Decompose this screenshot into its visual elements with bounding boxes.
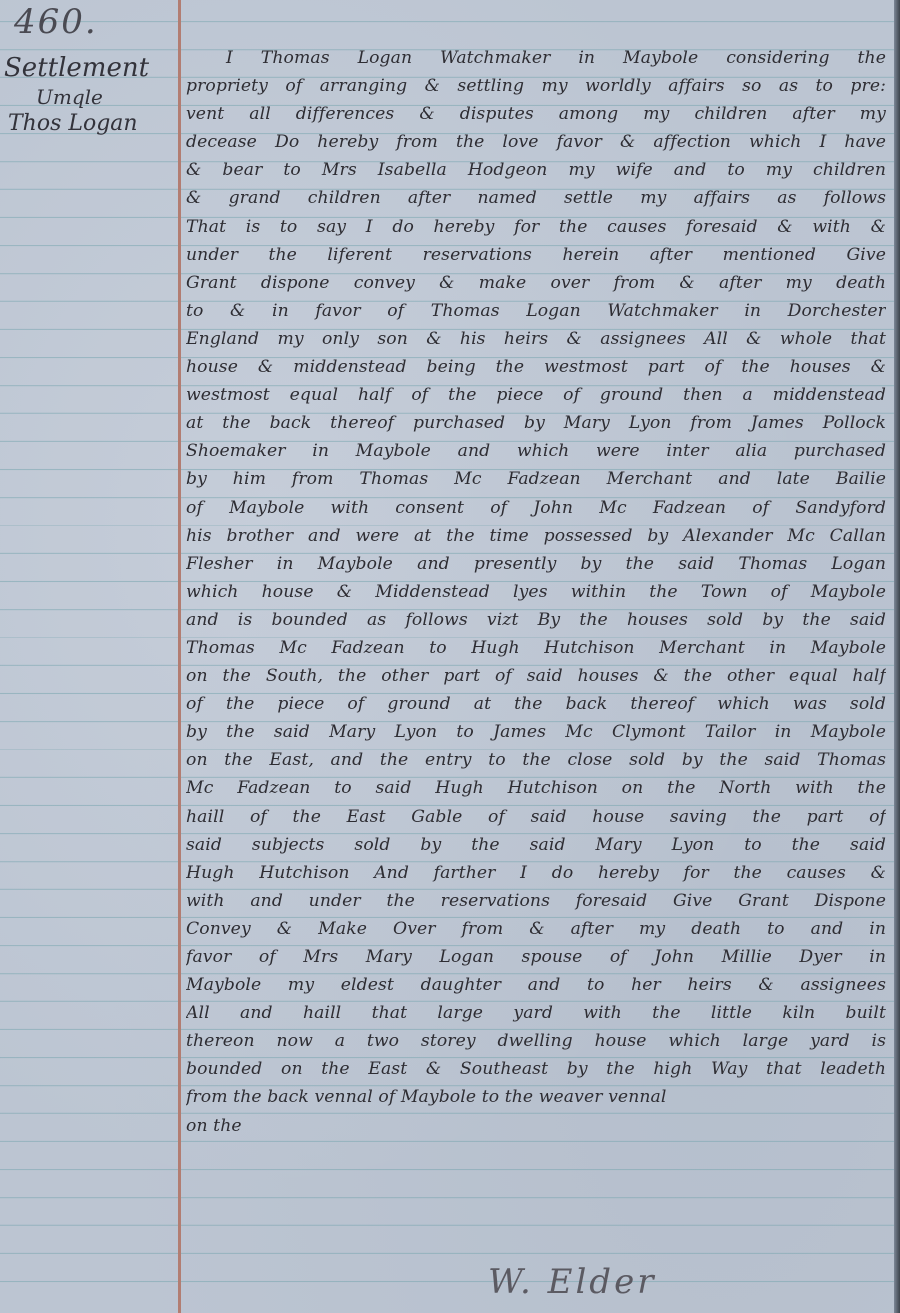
text-line: Convey & Make Over from & after my death…	[186, 915, 886, 943]
text-line: favor of Mrs Mary Logan spouse of John M…	[186, 943, 886, 971]
text-line: Hugh Hutchison And farther I do hereby f…	[186, 859, 886, 887]
margin-note-line3: Thos Logan	[4, 110, 176, 138]
text-line: Maybole my eldest daughter and to her he…	[186, 971, 886, 999]
ledger-page: 460. Settlement Umqle Thos Logan I Thoma…	[0, 0, 900, 1313]
folio-number: 460.	[14, 2, 98, 42]
text-line: propriety of arranging & settling my wor…	[186, 72, 886, 100]
margin-rule	[178, 0, 181, 1313]
text-line: on the	[186, 1112, 886, 1140]
text-line: to & in favor of Thomas Logan Watchmaker…	[186, 297, 886, 325]
text-line: Shoemaker in Maybole and which were inte…	[186, 437, 886, 465]
text-line: Grant dispone convey & make over from & …	[186, 269, 886, 297]
deed-text: I Thomas Logan Watchmaker in Maybole con…	[186, 44, 886, 1140]
text-line: with and under the reservations foresaid…	[186, 887, 886, 915]
margin-note: Settlement Umqle Thos Logan	[4, 52, 176, 138]
text-line: vent all differences & disputes among my…	[186, 100, 886, 128]
text-line: thereon now a two storey dwelling house …	[186, 1027, 886, 1055]
text-line: at the back thereof purchased by Mary Ly…	[186, 409, 886, 437]
margin-note-line2: Umqle	[4, 84, 176, 110]
text-line: by the said Mary Lyon to James Mc Clymon…	[186, 718, 886, 746]
text-line: house & middenstead being the westmost p…	[186, 353, 886, 381]
text-line: said subjects sold by the said Mary Lyon…	[186, 831, 886, 859]
text-line: Mc Fadzean to said Hugh Hutchison on the…	[186, 774, 886, 802]
text-line: his brother and were at the time possess…	[186, 522, 886, 550]
text-line: under the liferent reservations herein a…	[186, 241, 886, 269]
text-line: haill of the East Gable of said house sa…	[186, 803, 886, 831]
text-line: Thomas Mc Fadzean to Hugh Hutchison Merc…	[186, 634, 886, 662]
text-line: which house & Middenstead lyes within th…	[186, 578, 886, 606]
signature: W. Elder	[488, 1262, 656, 1302]
text-line: westmost equal half of the piece of grou…	[186, 381, 886, 409]
text-line: of Maybole with consent of John Mc Fadze…	[186, 494, 886, 522]
text-line: & grand children after named settle my a…	[186, 184, 886, 212]
text-line: That is to say I do hereby for the cause…	[186, 213, 886, 241]
text-line: by him from Thomas Mc Fadzean Merchant a…	[186, 465, 886, 493]
text-line: and is bounded as follows vizt By the ho…	[186, 606, 886, 634]
margin-note-title: Settlement	[4, 52, 176, 84]
text-line: Flesher in Maybole and presently by the …	[186, 550, 886, 578]
text-line: & bear to Mrs Isabella Hodgeon my wife a…	[186, 156, 886, 184]
text-line: All and haill that large yard with the l…	[186, 999, 886, 1027]
text-line: on the South, the other part of said hou…	[186, 662, 886, 690]
text-line: decease Do hereby from the love favor & …	[186, 128, 886, 156]
text-line: I Thomas Logan Watchmaker in Maybole con…	[186, 44, 886, 72]
text-line: of the piece of ground at the back there…	[186, 690, 886, 718]
page-edge	[894, 0, 900, 1313]
text-line: on the East, and the entry to the close …	[186, 746, 886, 774]
text-line: from the back vennal of Maybole to the w…	[186, 1083, 886, 1111]
text-line: England my only son & his heirs & assign…	[186, 325, 886, 353]
text-line: bounded on the East & Southeast by the h…	[186, 1055, 886, 1083]
